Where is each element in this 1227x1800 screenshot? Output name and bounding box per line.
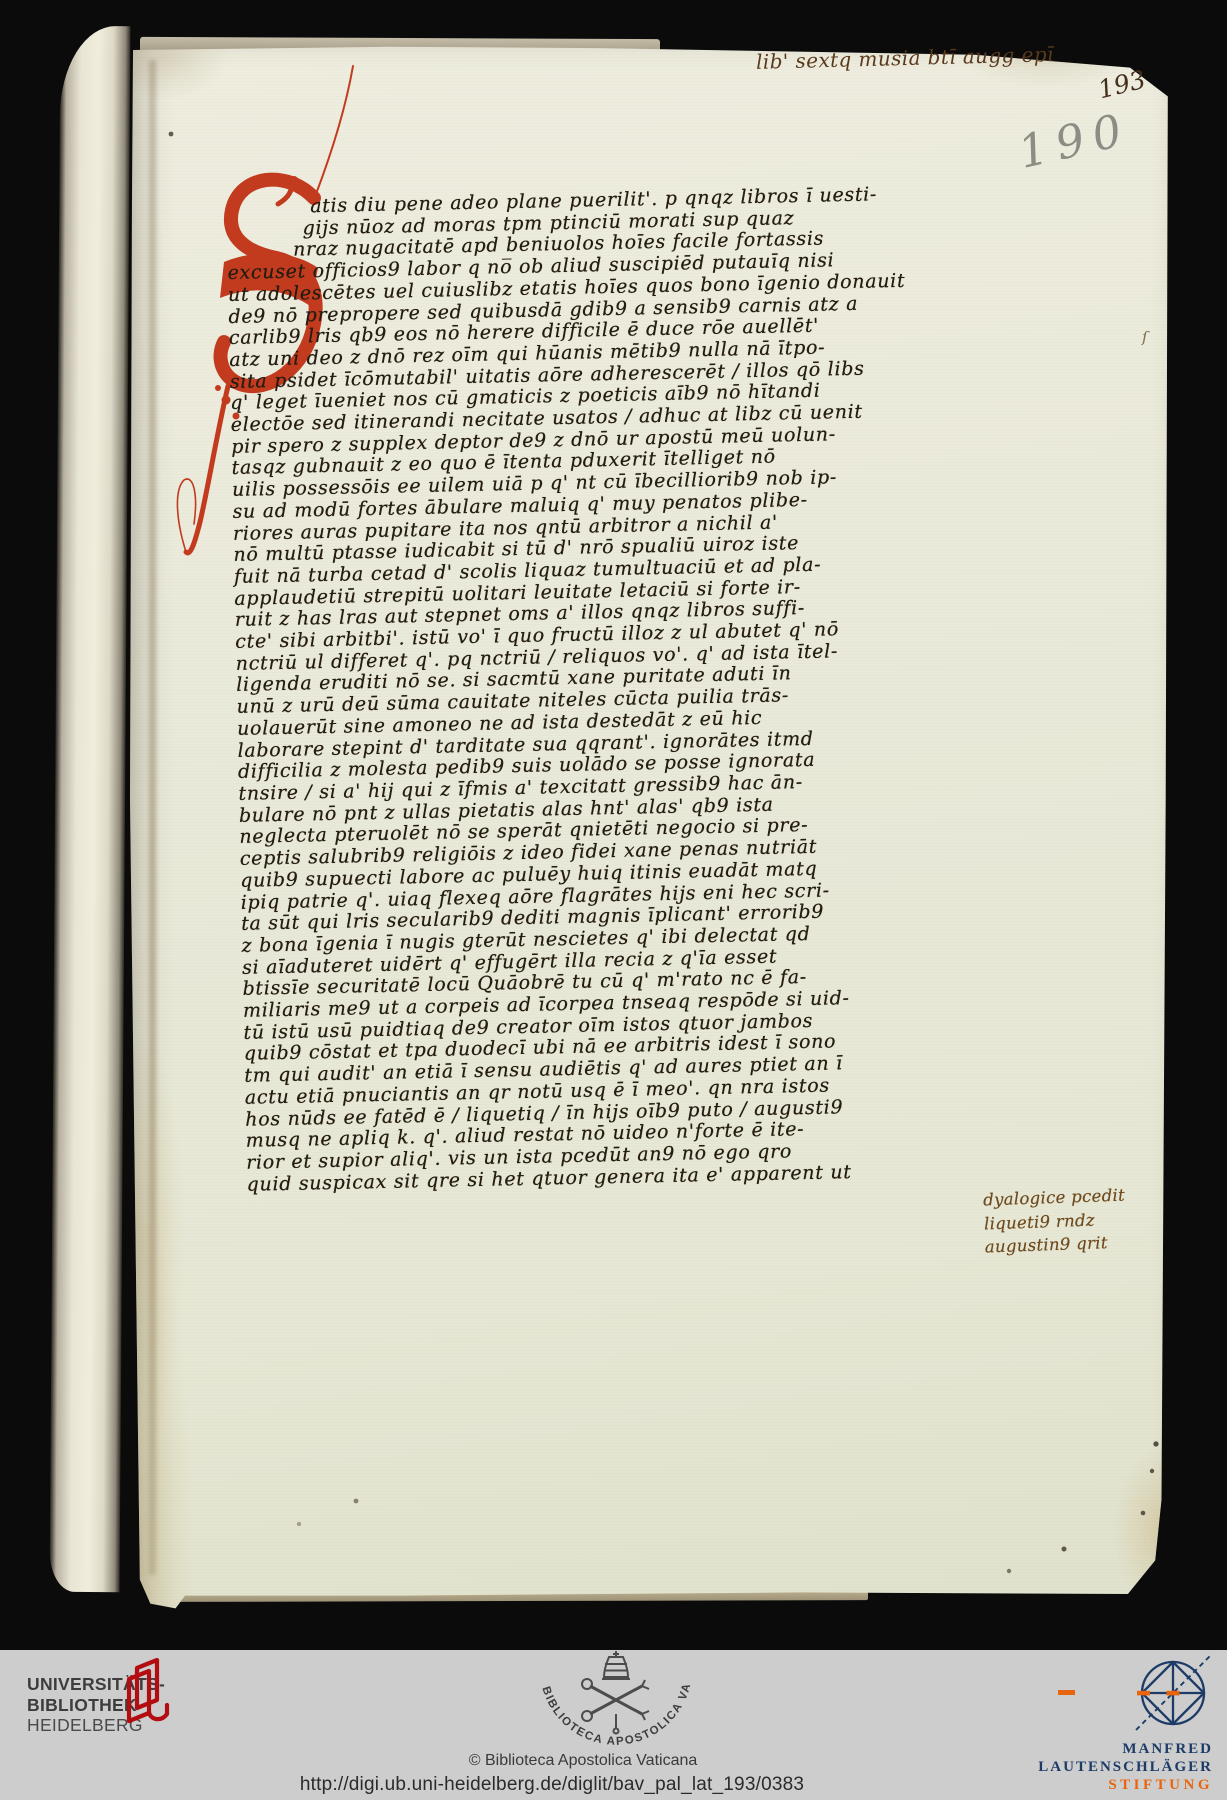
svg-text:BIBLIOTECA APOSTOLICA VATICANA: BIBLIOTECA APOSTOLICA VATICANA [516, 1650, 693, 1748]
margin-note-line: dyalogice pcedit [983, 1184, 1126, 1212]
right-margin-mark: ſ [1142, 328, 1148, 346]
stiftung-line3: STIFTUNG [1038, 1776, 1213, 1794]
lautenschlaeger-stiftung-logo [1131, 1652, 1215, 1736]
margin-note-line: augustin9 qrit [984, 1231, 1127, 1259]
stiftung-wordmark: MANFRED LAUTENSCHLÄGER STIFTUNG [1038, 1740, 1213, 1794]
copyright-line: © Biblioteca Apostolica Vaticana [469, 1752, 698, 1770]
source-url: http://digi.ub.uni-heidelberg.de/diglit/… [300, 1774, 804, 1796]
vatican-arc-text: BIBLIOTECA APOSTOLICA VATICANA [516, 1650, 693, 1748]
stiftung-orange-dash [1058, 1690, 1075, 1695]
previous-page-edge [50, 26, 131, 1592]
margin-note: dyalogice pceditliqueti9 rndzaugustin9 q… [983, 1184, 1127, 1259]
stiftung-line1: MANFRED [1038, 1740, 1213, 1758]
digitized-manuscript-view: lib' sextq musia btī augg epī 193 190 ſ … [0, 0, 1227, 1800]
manuscript-text-block: atis diu pene adeo plane puerilit'. p qn… [226, 184, 924, 1196]
page-specks [0, 0, 2, 2]
crossed-keys [590, 1686, 642, 1714]
stiftung-line2: LAUTENSCHLÄGER [1038, 1758, 1213, 1776]
vatican-library-emblem: BIBLIOTECA APOSTOLICA VATICANA [516, 1650, 716, 1752]
ub-heidelberg-books-icon [118, 1658, 180, 1740]
